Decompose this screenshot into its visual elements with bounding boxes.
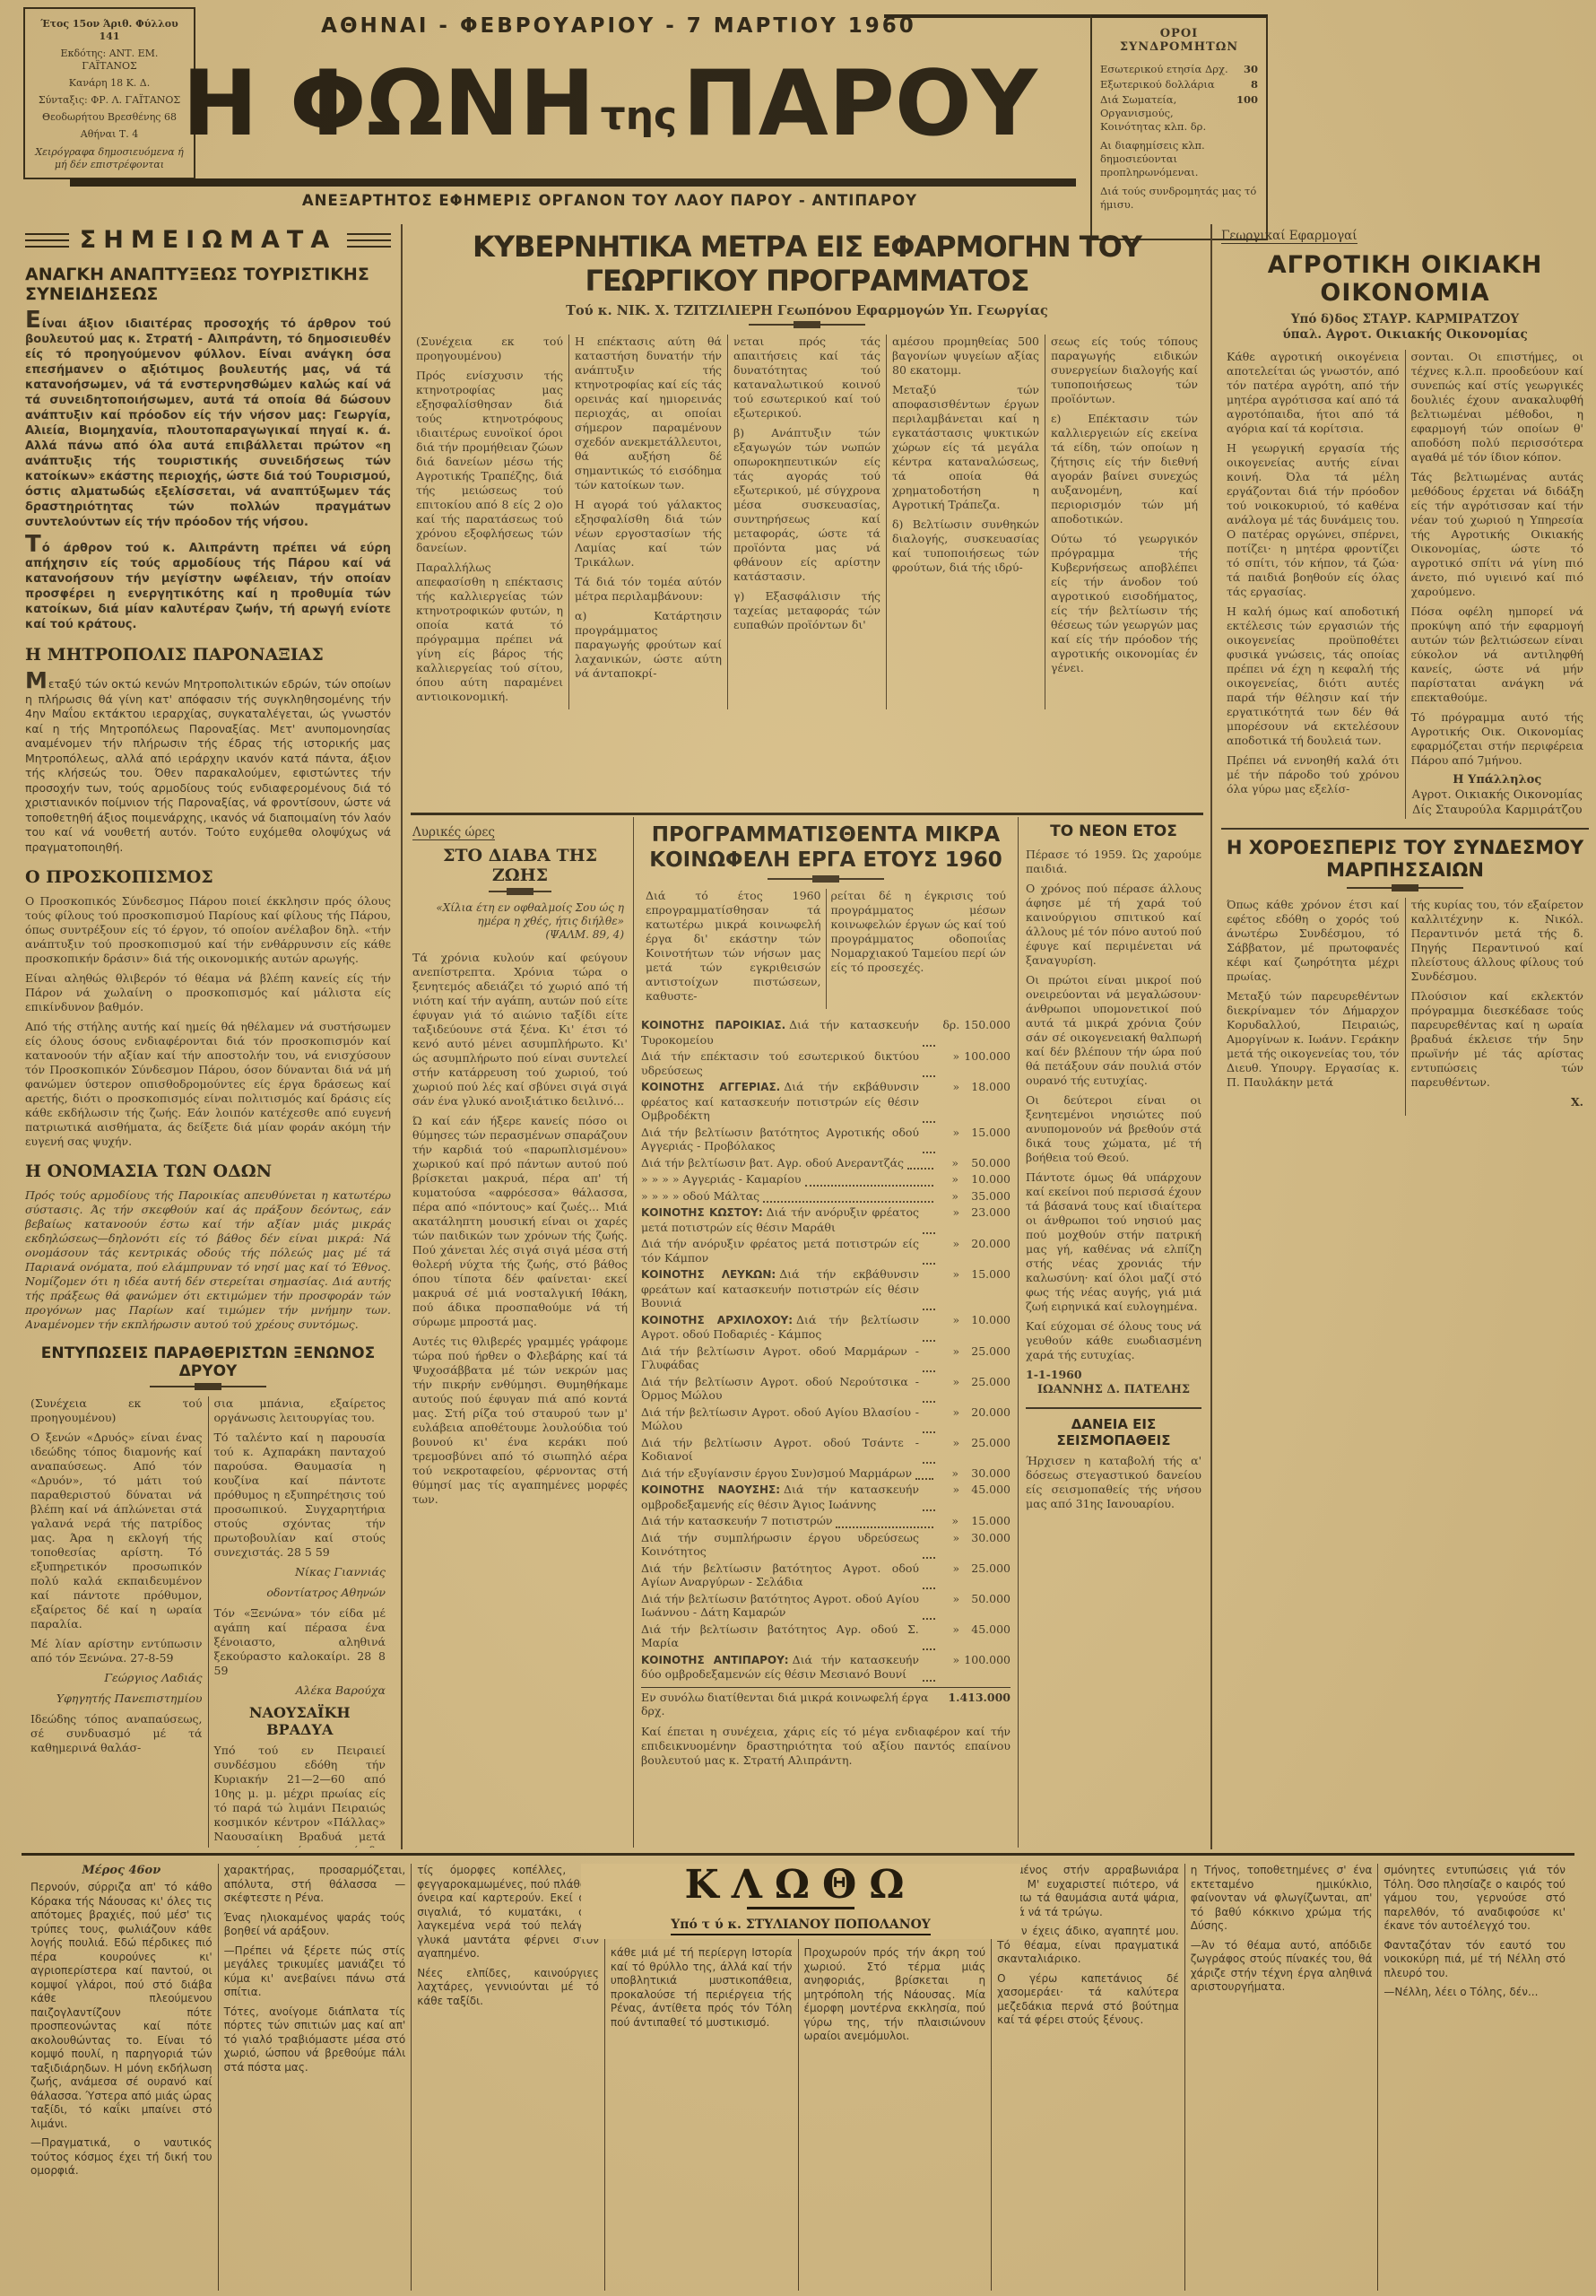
klotho-title: ΚΛΩΘΩ — [581, 1864, 1020, 1907]
paragraph: Τά διά τόν τομέα αύτόν μέτρα περιλαμβάνο… — [575, 575, 722, 604]
dot-leader — [923, 1222, 935, 1234]
works-item: Διά τήν συμπλήρωσιν έργου υδρεύσεως Κοιν… — [641, 1531, 1011, 1559]
paragraph: Ιδεώδης τόπος αναπαύσεως, σέ συνδυασμό μ… — [30, 1712, 203, 1755]
paragraph: Τόν «Ξενώνα» τόν είδα μέ αγάπη καί πέρασ… — [214, 1606, 386, 1678]
works-item: Διά τήν βελτίωσιν βατ. Αγρ. οδού Ανεραντ… — [641, 1156, 1011, 1170]
article-col-3: νεται πρός τάς απαιτήσεις καί τάς δυνατό… — [727, 335, 886, 709]
paragraph: Μέ λίαν αρίστην εντύπωσιν από τόν Ξενώνα… — [30, 1637, 203, 1665]
works-amount: 50.000 — [958, 1156, 1011, 1170]
works-amount: 50.000 — [959, 1592, 1011, 1620]
signature-role: Υφηγητής Πανεπιστημίου — [30, 1692, 203, 1705]
title-part-mid: της — [601, 93, 678, 139]
rural-home-economics-title: ΑΓΡΟΤΙΚΗ ΟΙΚΙΑΚΗ ΟΙΚΟΝΟΜΙΑ — [1221, 251, 1589, 307]
paragraph: Υπό τού εν Πειραιεί συνδέσμου εδόθη τήν … — [214, 1744, 386, 1848]
currency-mark: » — [939, 1267, 960, 1310]
paragraph: σμόνητες εντυπώσεις γιά τόν Τόλη. Όσο πλ… — [1383, 1864, 1566, 1934]
paragraph: Τό άρθρον τού κ. Αλιπράντη πρέπει νά εύρ… — [25, 535, 391, 632]
dot-leader — [923, 1608, 935, 1620]
serial-col-8: σμόνητες εντυπώσεις γιά τόν Τόλη. Όσο πλ… — [1377, 1864, 1571, 2291]
terms-row: Εσωτερικού ετησία Δρχ. 30 — [1100, 63, 1258, 76]
works-amount: 25.000 — [959, 1561, 1011, 1589]
works-item: Διά τήν βελτίωσιν Αγροτ. οδού Μαρμάρων -… — [641, 1344, 1011, 1372]
subscription-terms-box: ΟΡΟΙ ΣΥΝΔΡΟΜΗΤΩΝ Εσωτερικού ετησία Δρχ. … — [1090, 14, 1268, 240]
dot-leader — [923, 1500, 935, 1511]
paragraph: Ώ καί εάν ήξερε κανείς πόσο οι θύμησες τ… — [412, 1114, 628, 1329]
works-item: ΚΟΙΝΟΤΗΣ ΛΕΥΚΩΝ:Διά τήν εκβάθυνσιν φρεάτ… — [641, 1267, 1011, 1310]
title-part-b: ΠΑΡΟΥ — [682, 50, 1037, 156]
paragraph: α) Κατάρτησιν προγράμματος παραγωγής φρο… — [575, 609, 722, 681]
works-description: Διά τήν βελτίωσιν βατ. Αγρ. οδού Ανεραντ… — [641, 1156, 904, 1170]
community-name: ΚΟΙΝΟΤΗΣ ΚΩΣΤΟΥ: — [641, 1206, 763, 1219]
works-item: Διά τήν επέκτασιν τού εσωτερικού δικτύου… — [641, 1049, 1011, 1077]
currency-mark: » — [939, 1531, 960, 1559]
currency-mark: » — [939, 1313, 960, 1342]
epigraph-source: (ΨΑΛΜ. 89, 4) — [416, 928, 624, 942]
terms-note1: Αι διαφημίσεις κλπ. δημοσιεύονται προπλη… — [1100, 139, 1258, 179]
paragraph: σια μπάνια, εξαίρετος οργάνωσις λειτουργ… — [214, 1396, 386, 1425]
paragraph: Ο Προσκοπικός Σύνδεσμος Πάρου ποιεί έκκλ… — [25, 894, 391, 966]
triple-rule-icon — [347, 233, 391, 248]
works-description: Διά τήν ανόρυξιν φρέατος μετά ποτιστρών … — [641, 1237, 919, 1265]
works-description: Διά τήν βελτίωσιν Αγροτ. οδού Αγίου Βλασ… — [641, 1405, 919, 1433]
paragraph: η Τήνος, τοποθετημένες σ' ένα εκτεταμένο… — [1191, 1864, 1373, 1934]
agro-signature-1: Η Υπάλληλος — [1411, 773, 1584, 787]
article-new-year: ΤΟ ΝΕΟΝ ΕΤΟΣ Πέρασε τό 1959. Ώς χαρούμε … — [1019, 817, 1203, 1848]
article-metropolis: Η ΜΗΤΡΟΠΟΛΙΣ ΠΑΡΟΝΑΞΙΑΣ Μεταξύ τών οκτώ … — [25, 645, 391, 855]
works-item: Διά τήν βελτίωσιν βατότητος Αγροτ. οδού … — [641, 1561, 1011, 1589]
article-rural-home-economics: ΑΓΡΟΤΙΚΗ ΟΙΚΙΑΚΗ ΟΙΚΟΝΟΜΙΑ Υπό δ)δος ΣΤΑ… — [1221, 251, 1589, 819]
works-description: Διά τήν βελτίωσιν Αγροτ. οδού Νερούτσικα… — [641, 1375, 919, 1403]
community-name: ΚΟΙΝΟΤΗΣ ΠΑΡΟΙΚΙΑΣ. — [641, 1019, 785, 1031]
agro-col1: Κάθε αγροτική οικογένεια αποτελείται ώς … — [1221, 350, 1405, 819]
works-item: Διά τήν βελτίωσιν Αγροτ. οδού Αγίου Βλασ… — [641, 1405, 1011, 1433]
bottom-section-rule — [22, 1853, 1574, 1856]
serial-col-2: χαρακτήρας, προσαρμόζεται, απόλυτα, στή … — [218, 1864, 412, 2291]
newspaper-title: Η ΦΩΝΗτηςΠΑΡΟΥ — [134, 47, 1085, 160]
works-item: ΚΟΙΝΟΤΗΣ ΑΝΤΙΠΑΡΟΥ:Διά τήν κατασκευήν δύ… — [641, 1653, 1011, 1682]
works-item: ΚΟΙΝΟΤΗΣ ΑΡΧΙΛΟΧΟΥ:Διά τήν βελτίωσιν Αγρ… — [641, 1313, 1011, 1342]
works-outro: Καί έπεται η συνέχεια, χάρις είς τό μέγα… — [641, 1725, 1011, 1768]
dot-leader — [923, 1639, 935, 1650]
paragraph: Πέρασε τό 1959. Ώς χαρούμε παιδιά. — [1026, 848, 1201, 876]
community-name: ΚΟΙΝΟΤΗΣ ΑΓΓΕΡΙΑΣ. — [641, 1081, 780, 1093]
paragraph: Τό πρόγραμμα αυτό τής Αγροτικής Οικ. Οικ… — [1411, 710, 1584, 768]
paragraph: Τότες, ανοίγομε διάπλατα τίς πόρτες τών … — [224, 2005, 406, 2075]
paragraph: αμέσου προμηθείας 500 βαγονίων ψυγείων α… — [892, 335, 1039, 378]
dot-leader — [923, 1299, 935, 1310]
currency-mark: » — [939, 1405, 960, 1433]
headline-rule — [749, 324, 865, 326]
title-part-a: Η ΦΩΝΗ — [182, 50, 594, 156]
paragraph: σονται. Οι επιστήμες, οι τέχνες κ.λ.π. π… — [1411, 350, 1584, 465]
terms-label: Εσωτερικού ετησία Δρχ. — [1100, 63, 1235, 76]
works-amount: 10.000 — [959, 1313, 1011, 1342]
paragraph: Οι δεύτεροι είναι οι ξενητεμένοι νησιώτε… — [1026, 1093, 1201, 1165]
triple-rule-icon — [25, 233, 69, 248]
community-name: ΚΟΙΝΟΤΗΣ ΝΑΟΥΣΗΣ: — [641, 1483, 780, 1496]
paragraph: γυρμένος στήν αρραβωνιάρα του. Μ' ευχαρι… — [997, 1864, 1179, 1919]
terms-row: Διά Σωματεία, Οργανισμούς, Κοινότητας κλ… — [1100, 93, 1258, 134]
works-description: Διά τήν βελτίωσιν βατότητος Αγροτικής οδ… — [641, 1126, 919, 1153]
paragraph: Νέες ελπίδες, καινούργιες λαχτάρες, γενν… — [417, 1967, 599, 2009]
works-amount: 23.000 — [959, 1205, 1011, 1234]
paragraph: —Νέλλη, λέει ο Τόλης, δέν... — [1383, 1986, 1566, 2000]
paragraph: Πόσα οφέλη ημπορεί νά προκύψη από τήν εφ… — [1411, 604, 1584, 705]
paragraph: Ήρχισεν η καταβολή τής α' δόσεως στεγαστ… — [1026, 1454, 1201, 1511]
works-amount: 10.000 — [958, 1172, 1011, 1187]
currency-mark: » — [937, 1466, 958, 1481]
column-rule-right — [1210, 224, 1212, 1849]
paragraph: Πάντοτε όμως θά υπάρχουν καί εκείνοι πού… — [1026, 1170, 1201, 1314]
works-amount: 30.000 — [958, 1466, 1011, 1481]
works-amount: 35.000 — [958, 1189, 1011, 1204]
paragraph: Πρός ενίσχυσιν τής κτηνοτροφίας μας εξησ… — [416, 369, 563, 555]
article-tourism-title: ΑΝΑΓΚΗ ΑΝΑΠΤΥΞΕΩΣ ΤΟΥΡΙΣΤΙΚΗΣ ΣΥΝΕΙΔΗΣΕΩ… — [25, 265, 391, 304]
dot-leader — [923, 1422, 935, 1433]
signature: Νίκας Γιαννιάς — [214, 1565, 386, 1578]
currency-mark: » — [937, 1156, 958, 1170]
agricultural-kicker: Γεωργικαί Εφαρμογαί — [1221, 229, 1357, 244]
works-description: Διά τήν βελτίωσιν βατότητος Αγρ. οδού Σ.… — [641, 1622, 919, 1650]
article-government-measures: ΚΥΒΕΡΝΗΤΙΚΑ ΜΕΤΡΑ ΕΙΣ ΕΦΑΡΜΟΓΗΝ ΤΟΥ ΓΕΩΡ… — [411, 226, 1203, 815]
paragraph: Περνούν, σύρριζα απ' τό κάθο Κόρακα τής … — [30, 1881, 213, 2131]
works-item: ΚΟΙΝΟΤΗΣ ΝΑΟΥΣΗΣ:Διά τήν κατασκευήν ομβρ… — [641, 1483, 1011, 1511]
currency-mark: » — [939, 1375, 960, 1403]
works-item: Διά τήν βελτίωσιν βατότητος Αγροτικής οδ… — [641, 1126, 1011, 1153]
paragraph: Ο χρόνος πού πέρασε άλλους άφησε μέ τή χ… — [1026, 882, 1201, 968]
paragraph: Μεταξύ τών παρευρεθέντων διεκρίναμεν τόν… — [1227, 989, 1400, 1090]
works-amount: 45.000 — [959, 1622, 1011, 1650]
currency-mark: » — [939, 1561, 960, 1589]
works-amount: 20.000 — [959, 1405, 1011, 1433]
article-sto-diava: Λυρικές ώρες ΣΤΟ ΔΙΑΒΑ ΤΗΣ ΖΩΗΣ «Χίλια έ… — [411, 817, 633, 1848]
paragraph: Ένας ηλιοκαμένος ψαράς τούς βοηθεί νά αρ… — [224, 1911, 406, 1939]
works-description: Διά τήν βελτίωσιν Αγροτ. οδού Μαρμάρων -… — [641, 1344, 919, 1372]
dot-leader — [923, 1578, 935, 1589]
works-description: Διά τήν βελτίωσιν Αγροτ. οδού Τσάντε - Κ… — [641, 1436, 919, 1464]
serial-col-7: η Τήνος, τοποθετημένες σ' ένα εκτεταμένο… — [1184, 1864, 1378, 2291]
terms-value: 100 — [1235, 93, 1258, 134]
paragraph: Όπως κάθε χρόνον έτσι καί εφέτος εδόθη ο… — [1227, 898, 1400, 984]
terms-top-bar — [884, 14, 1092, 18]
headline-rule — [768, 878, 884, 880]
paragraph: (Συνέχεια εκ τού προηγουμένου) — [416, 335, 563, 363]
paragraph: ε) Επέκτασιν τών καλλιεργειών είς εκείνα… — [1051, 412, 1198, 526]
currency-mark: » — [939, 1126, 960, 1153]
works-item: » » » » Αγγεριάς - Καμαρίου » 10.000 — [641, 1172, 1011, 1187]
impressions-col1: (Συνέχεια εκ τού προηγουμένου)Ο ξενών «Δ… — [25, 1396, 208, 1848]
new-year-date: 1-1-1960 — [1026, 1368, 1201, 1381]
terms-label: Εξωτερικού δολλάρια — [1100, 78, 1235, 91]
works-intro-1: Διά τό έτος 1960 επρογραμματίσθησαν τά κ… — [646, 889, 821, 1004]
agro-signature-3: Δίς Σταυρούλα Καρμιράτζου — [1411, 804, 1584, 817]
paragraph: Η καλή όμως καί αποδοτική εκτέλεσις τών … — [1227, 604, 1400, 748]
dot-leader — [805, 1175, 933, 1187]
terms-value: 8 — [1235, 78, 1258, 91]
paragraph: Η γεωργική εργασία τής οικογενείας αυτής… — [1227, 441, 1400, 599]
dot-leader — [923, 1253, 935, 1265]
impressions-col2: σια μπάνια, εξαίρετος οργάνωσις λειτουργ… — [209, 1396, 392, 1848]
serial-klotho-section: ΚΛΩΘΩ Υπό τ ύ κ. ΣΤΥΛΙΑΝΟΥ ΠΟΠΟΛΑΝΟΥ Μέρ… — [25, 1864, 1571, 2291]
new-year-title: ΤΟ ΝΕΟΝ ΕΤΟΣ — [1026, 822, 1201, 840]
works-item: Διά τήν κατασκευήν 7 ποτιστρών » 15.000 — [641, 1514, 1011, 1528]
works-item: ΚΟΙΝΟΤΗΣ ΚΩΣΤΟΥ:Διά τήν ανόρυξιν φρέατος… — [641, 1205, 1011, 1234]
klotho-byline: Υπό τ ύ κ. ΣΤΥΛΙΑΝΟΥ ΠΟΠΟΛΑΝΟΥ — [671, 1918, 931, 1935]
currency-mark: » — [939, 1483, 960, 1511]
works-amount: 150.000 — [959, 1018, 1011, 1047]
currency-mark: » — [939, 1622, 960, 1650]
paragraph: Τάς βελτιωμένας αυτάς μεθόδους έρχεται ν… — [1411, 470, 1584, 599]
paragraph: Προχωρούν πρός τήν άκρη τού χωριού. Στό … — [804, 1946, 986, 2044]
ball-col1: Όπως κάθε χρόνον έτσι καί εφέτος εδόθη ο… — [1221, 898, 1405, 1116]
article-scouting: Ο ΠΡΟΣΚΟΠΙΣΜΟΣ Ο Προσκοπικός Σύνδεσμος Π… — [25, 867, 391, 1149]
center-column: ΚΥΒΕΡΝΗΤΙΚΑ ΜΕΤΡΑ ΕΙΣ ΕΦΑΡΜΟΓΗΝ ΤΟΥ ΓΕΩΡ… — [411, 226, 1203, 1848]
paragraph: Είναι άξιον ιδιαιτέρας προσοχής τό άρθρο… — [25, 311, 391, 530]
currency-mark: » — [939, 1436, 960, 1464]
dot-leader — [923, 1142, 935, 1153]
simeiomata-title: ΣΗΜΕΙΩΜΑΤΑ — [80, 226, 336, 254]
ball-signature: Χ. — [1411, 1095, 1584, 1109]
works-item: Διά τήν βελτίωσιν Αγροτ. οδού Νερούτσικα… — [641, 1375, 1011, 1403]
paragraph: Η αγορά τού γάλακτος εξησφαλίσθη διά τών… — [575, 498, 722, 570]
article-marpissa-ball: Η ΧΟΡΟΕΣΠΕΡΙΣ ΤΟΥ ΣΥΝΔΕΣΜΟΥ ΜΑΡΠΗΣΣΑΙΩΝ … — [1221, 828, 1589, 1116]
paragraph: τής κυρίας του, τόν εξαίρετον καλλιτέχνη… — [1411, 898, 1584, 984]
community-name: ΚΟΙΝΟΤΗΣ ΛΕΥΚΩΝ: — [641, 1268, 776, 1281]
government-measures-byline: Τού κ. ΝΙΚ. Χ. ΤΖΙΤΖΙΛΙΕΡΗ Γεωπόνου Εφαρ… — [411, 303, 1203, 318]
currency-mark: » — [939, 1080, 960, 1123]
community-name: ΚΟΙΝΟΤΗΣ ΑΝΤΙΠΑΡΟΥ: — [641, 1654, 789, 1666]
issue-number: Έτος 15ον Άριθ. Φύλλου 141 — [32, 18, 186, 43]
works-amount: 30.000 — [959, 1531, 1011, 1559]
paragraph: —Πραγματικά, ο ναυτικός τούτος κόσμος έχ… — [30, 2136, 213, 2179]
works-amount: 25.000 — [959, 1344, 1011, 1372]
currency-mark: » — [937, 1514, 958, 1528]
works-description: Διά τήν κατασκευήν 7 ποτιστρών — [641, 1514, 832, 1527]
dot-leader — [763, 1191, 933, 1203]
article-col-2: Η επέκτασις αύτη θά καταστήση δυνατήν τή… — [568, 335, 727, 709]
article-tourism: ΑΝΑΓΚΗ ΑΝΑΠΤΥΞΕΩΣ ΤΟΥΡΙΣΤΙΚΗΣ ΣΥΝΕΙΔΗΣΕΩ… — [25, 265, 391, 632]
ball-col2: τής κυρίας του, τόν εξαίρετον καλλιτέχνη… — [1406, 898, 1590, 1116]
works-description: » » » » οδού Μάλτας — [641, 1189, 759, 1203]
works-description: Διά τήν εξυγίανσιν έργου Συν)σμού Μαρμάρ… — [641, 1466, 912, 1480]
government-measures-title: ΚΥΒΕΡΝΗΤΙΚΑ ΜΕΤΡΑ ΕΙΣ ΕΦΑΡΜΟΓΗΝ ΤΟΥ ΓΕΩΡ… — [411, 230, 1203, 298]
new-year-signature: ΙΩΑΝΝΗΣ Δ. ΠΑΤΕΛΗΣ — [1026, 1383, 1201, 1396]
terms-value: 30 — [1235, 63, 1258, 76]
paragraph: β) Ανάπτυξιν τών εξαγωγών τών νωπών οπωρ… — [733, 426, 880, 584]
article-metropolis-title: Η ΜΗΤΡΟΠΟΛΙΣ ΠΑΡΟΝΑΞΙΑΣ — [25, 645, 391, 665]
dot-leader — [915, 1468, 933, 1480]
paragraph: γ) Εξασφάλισιν τής ταχείας μεταφοράς τών… — [733, 589, 880, 632]
works-item: ΚΟΙΝΟΤΗΣ ΠΑΡΟΙΚΙΑΣ.Διά τήν κατασκευήν Τυ… — [641, 1018, 1011, 1047]
paragraph: Είναι αληθώς θλιβερόν τό θέαμα νά βλέπη … — [25, 971, 391, 1014]
title-underline-bar — [70, 178, 1076, 187]
paragraph: Πλούσιον καί εκλεκτόν πρόγραμμα διεσκέδα… — [1411, 989, 1584, 1090]
byline-role: ύπαλ. Αγροτ. Οικιακής Οικονομίας — [1221, 327, 1589, 343]
works-description: Διά τήν επέκτασιν τού εσωτερικού δικτύου… — [641, 1049, 919, 1077]
simeiomata-column: ΣΗΜΕΙΩΜΑΤΑ ΑΝΑΓΚΗ ΑΝΑΠΤΥΞΕΩΣ ΤΟΥΡΙΣΤΙΚΗΣ… — [25, 226, 391, 1848]
column-rule-left — [401, 224, 403, 1849]
works-item: Διά τήν εξυγίανσιν έργου Συν)σμού Μαρμάρ… — [641, 1466, 1011, 1481]
paragraph: τίς όμορφες κοπέλλες, τίς φεγγαροκαμωμέν… — [417, 1864, 599, 1961]
works-total-row: Εν συνόλω διατίθενται διά μικρά κοινωφελ… — [641, 1687, 1011, 1718]
paragraph: κάθε μιά μέ τή περίεργη Ιστορία καί τό θ… — [611, 1946, 793, 2030]
community-name: ΚΟΙΝΟΤΗΣ ΑΡΧΙΛΟΧΟΥ: — [641, 1314, 793, 1326]
signature: Γεώργιος Λαδιάς — [30, 1671, 203, 1684]
currency-mark: » — [939, 1205, 960, 1234]
dot-leader — [923, 1670, 935, 1682]
article-guesthouse-impressions: ΕΝΤΥΠΩΣΕΙΣ ΠΑΡΑΘΕΡΙΣΤΩΝ ΞΕΝΩΝΟΣ ΔΡΥΟΥ (Σ… — [25, 1344, 391, 1848]
sto-diava-title: ΣΤΟ ΔΙΑΒΑ ΤΗΣ ΖΩΗΣ — [412, 846, 628, 885]
public-works-title: ΠΡΟΓΡΑΜΜΑΤΙΣΘΕΝΤΑ ΜΙΚΡΑ ΚΟΙΝΩΦΕΛΗ ΕΡΓΑ Ε… — [641, 822, 1011, 873]
paragraph: —Πρέπει νά ξέρετε πώς στίς μεγάλες τρικυ… — [224, 1944, 406, 2000]
works-item: ΚΟΙΝΟΤΗΣ ΑΓΓΕΡΙΑΣ.Διά τήν εκβάθυνσιν φρέ… — [641, 1080, 1011, 1123]
currency-mark: » — [939, 1344, 960, 1372]
paragraph: Τό ταλέντο καί η παρουσία τού κ. Αχπαράκ… — [214, 1431, 386, 1560]
dot-leader — [836, 1517, 933, 1528]
paragraph: Μεταξύ τών αποφασισθέντων έργων περιλαμβ… — [892, 383, 1039, 512]
paragraph: νεται πρός τάς απαιτήσεις καί τάς δυνατό… — [733, 335, 880, 421]
paragraph: Ο ξενών «Δρυός» είναι ένας ιδεώδης τόπος… — [30, 1431, 203, 1631]
works-amount: 100.000 — [959, 1653, 1011, 1682]
works-description: Διά τήν βελτίωσιν βατότητος Αγροτ. οδού … — [641, 1561, 919, 1589]
paragraph: —Άν τό θέαμα αυτό, απόδιδε ζωγράφος στού… — [1191, 1939, 1373, 1995]
works-amount: 45.000 — [959, 1483, 1011, 1511]
currency-mark: » — [937, 1189, 958, 1204]
works-amount: 18.000 — [959, 1080, 1011, 1123]
currency-mark: » — [939, 1049, 960, 1077]
works-item: Διά τήν βελτίωσιν βατότητος Αγροτ. οδού … — [641, 1592, 1011, 1620]
paragraph: Παραλλήλως απεφασίσθη η επέκτασις τής κα… — [416, 561, 563, 704]
serial-col-3: τίς όμορφες κοπέλλες, τίς φεγγαροκαμωμέν… — [411, 1864, 604, 2291]
article-street-names-title: Η ΟΝΟΜΑΣΙΑ ΤΩΝ ΟΔΩΝ — [25, 1161, 391, 1181]
dot-leader — [923, 1065, 935, 1077]
simeiomata-header: ΣΗΜΕΙΩΜΑΤΑ — [25, 226, 391, 254]
works-amount: 25.000 — [959, 1375, 1011, 1403]
article-scouting-title: Ο ΠΡΟΣΚΟΠΙΣΜΟΣ — [25, 867, 391, 887]
paragraph: χαρακτήρας, προσαρμόζεται, απόλυτα, στή … — [224, 1864, 406, 1906]
headline-rule — [150, 1386, 266, 1387]
paragraph: Αυτές τις θλιβερές γραμμές γράφομε τώρα … — [412, 1335, 628, 1507]
dot-leader — [923, 1391, 935, 1403]
paragraph: Ο γέρω καπετάνιος δέ χασομεράει· τά καλύ… — [997, 1972, 1179, 2028]
paragraph: Πρέπει νά εννοηθή καλά ότι μέ τήν πάροδο… — [1227, 753, 1400, 796]
works-list: ΚΟΙΝΟΤΗΣ ΠΑΡΟΙΚΙΑΣ.Διά τήν κατασκευήν Τυ… — [641, 1018, 1011, 1682]
terms-note2: Διά τούς συνδρομητάς μας τό ήμισυ. — [1100, 185, 1258, 212]
currency-mark: » — [939, 1237, 960, 1265]
serial-part-number: Μέρος 46ον — [30, 1864, 213, 1877]
agro-signature-2: Αγροτ. Οικιακής Οικονομίας — [1411, 788, 1584, 802]
dot-leader — [923, 1330, 935, 1342]
works-item: Διά τήν βελτίωσιν βατότητος Αγρ. οδού Σ.… — [641, 1622, 1011, 1650]
works-item: Διά τήν βελτίωσιν Αγροτ. οδού Τσάντε - Κ… — [641, 1436, 1011, 1464]
newspaper-page: Έτος 15ον Άριθ. Φύλλου 141 Εκδότης: ΑΝΤ.… — [0, 0, 1596, 2296]
paragraph: Από τής στήλης αυτής καί ημείς θά ηθέλαμ… — [25, 1020, 391, 1149]
paragraph: Καί εύχομαι σέ όλους τους νά γευθούν κάθ… — [1026, 1319, 1201, 1362]
works-amount: 15.000 — [958, 1514, 1011, 1528]
right-column: Γεωργικαί Εφαρμογαί ΑΓΡΟΤΙΚΗ ΟΙΚΙΑΚΗ ΟΙΚ… — [1221, 226, 1589, 1848]
currency-mark: » — [939, 1653, 960, 1682]
paragraph: Φανταζόταν τόν εαυτό του νοικοκύρη πιά, … — [1383, 1939, 1566, 1981]
rural-home-economics-byline: Υπό δ)δος ΣΤΑΥΡ. ΚΑΡΜΙΡΑΤΖΟΥ ύπαλ. Αγροτ… — [1221, 312, 1589, 343]
works-intro-2: ρείται δέ η έγκρισις τού προγράμματος μέ… — [831, 889, 1007, 975]
currency-mark: » — [939, 1592, 960, 1620]
works-amount: 15.000 — [959, 1126, 1011, 1153]
dot-leader — [923, 1111, 935, 1123]
newspaper-subtitle: ΑΝΕΞΑΡΤΗΤΟΣ ΕΦΗΜΕΡΙΣ ΟΡΓΑΝΟΝ ΤΟΥ ΛΑΟΥ ΠΑ… — [134, 192, 1085, 209]
works-amount: 15.000 — [959, 1267, 1011, 1310]
dot-leader — [923, 1452, 935, 1464]
terms-rows: Εσωτερικού ετησία Δρχ. 30 Εξωτερικού δολ… — [1100, 63, 1258, 134]
paragraph: (Συνέχεια εκ τού προηγουμένου) — [30, 1396, 203, 1425]
terms-label: Διά Σωματεία, Οργανισμούς, Κοινότητας κλ… — [1100, 93, 1235, 134]
terms-title: ΟΡΟΙ ΣΥΝΔΡΟΜΗΤΩΝ — [1100, 27, 1258, 54]
dot-leader — [923, 1547, 935, 1559]
paragraph: Ούτω τό γεωργικόν πρόγραμμα τής Κυβερνήσ… — [1051, 532, 1198, 675]
currency-mark: » — [937, 1172, 958, 1187]
works-amount: 25.000 — [959, 1436, 1011, 1464]
article-earthquake-loans: ΔΑΝΕΙΑ ΕΙΣ ΣΕΙΣΜΟΠΑΘΕΙΣ Ήρχισεν η καταβο… — [1026, 1407, 1201, 1511]
marpissa-ball-title: Η ΧΟΡΟΕΣΠΕΡΙΣ ΤΟΥ ΣΥΝΔΕΣΜΟΥ ΜΑΡΠΗΣΣΑΙΩΝ — [1221, 837, 1589, 882]
article-col-1: (Συνέχεια εκ τού προηγουμένου)Πρός ενίσχ… — [411, 335, 568, 709]
currency-mark: δρ. — [939, 1018, 960, 1047]
paragraph: Πρός τούς αρμοδίους τής Παροικίας απευθύ… — [25, 1188, 391, 1332]
earthquake-loans-title: ΔΑΝΕΙΑ ΕΙΣ ΣΕΙΣΜΟΠΑΘΕΙΣ — [1026, 1416, 1201, 1448]
byline-author: Υπό δ)δος ΣΤΑΥΡ. ΚΑΡΜΙΡΑΤΖΟΥ — [1221, 312, 1589, 327]
dot-leader — [923, 1361, 935, 1372]
article-col-4: αμέσου προμηθείας 500 βαγονίων ψυγείων α… — [886, 335, 1045, 709]
paragraph: Η επέκτασις αύτη θά καταστήση δυνατήν τή… — [575, 335, 722, 492]
paragraph: Οι πρώτοι είναι μικροί πού ονειρεύονται … — [1026, 973, 1201, 1088]
psalm-epigraph: «Χίλια έτη εν οφθαλμοίς Σου ώς η ημέρα η… — [416, 901, 624, 942]
paragraph: —Δέν έχεις άδικο, αγαπητέ μου. Τό θέαμα,… — [997, 1925, 1179, 1967]
works-total-label: Εν συνόλω διατίθενται διά μικρά κοινωφελ… — [641, 1691, 948, 1718]
headline-rule — [489, 891, 551, 892]
signature: Αλέκα Βαρούχα — [214, 1683, 386, 1697]
dot-leader — [907, 1158, 933, 1170]
naousa-evening-title: ΝΑΟΥΣΑΪΚΗ ΒΡΑΔΥΑ — [214, 1704, 386, 1738]
agro-col2: σονται. Οι επιστήμες, οι τέχνες κ.λ.π. π… — [1406, 350, 1590, 819]
paragraph: Μεταξύ τών οκτώ κενών Μητροπολιτικών εδρ… — [25, 672, 391, 855]
article-col-5: σεως είς τούς τόπους παραγωγής ειδικών σ… — [1045, 335, 1203, 709]
guesthouse-impressions-title: ΕΝΤΥΠΩΣΕΙΣ ΠΑΡΑΘΕΡΙΣΤΩΝ ΞΕΝΩΝΟΣ ΔΡΥΟΥ — [25, 1344, 391, 1380]
article-street-names: Η ΟΝΟΜΑΣΙΑ ΤΩΝ ΟΔΩΝ Πρός τούς αρμοδίους … — [25, 1161, 391, 1332]
article-public-works: ΠΡΟΓΡΑΜΜΑΤΙΣΘΕΝΤΑ ΜΙΚΡΑ ΚΟΙΝΩΦΕΛΗ ΕΡΓΑ Ε… — [633, 817, 1019, 1848]
headline-rule — [1347, 887, 1463, 889]
works-total-amount: 1.413.000 — [948, 1691, 1011, 1718]
works-item: » » » » οδού Μάλτας » 35.000 — [641, 1189, 1011, 1204]
works-amount: 100.000 — [959, 1049, 1011, 1077]
serial-col-1: Μέρος 46ον Περνούν, σύρριζα απ' τό κάθο … — [25, 1864, 218, 2291]
paragraph: δ) Βελτίωσιν συνθηκών διαλογής, συσκευασ… — [892, 517, 1039, 575]
works-description: » » » » Αγγεριάς - Καμαρίου — [641, 1172, 802, 1186]
works-amount: 20.000 — [959, 1237, 1011, 1265]
signature-role: οδοντίατρος Αθηνών — [214, 1586, 386, 1599]
works-item: Διά τήν ανόρυξιν φρέατος μετά ποτιστρών … — [641, 1237, 1011, 1265]
paragraph: Κάθε αγροτική οικογένεια αποτελείται ώς … — [1227, 350, 1400, 436]
paragraph: σεως είς τούς τόπους παραγωγής ειδικών σ… — [1051, 335, 1198, 406]
lyric-hours-kicker: Λυρικές ώρες — [412, 825, 495, 840]
works-description: Διά τήν συμπλήρωσιν έργου υδρεύσεως Κοιν… — [641, 1531, 919, 1559]
epigraph-text: «Χίλια έτη εν οφθαλμοίς Σου ώς η ημέρα η… — [416, 901, 624, 928]
dot-leader — [923, 1035, 935, 1047]
klotho-title-block: ΚΛΩΘΩ Υπό τ ύ κ. ΣΤΥΛΙΑΝΟΥ ΠΟΠΟΛΑΝΟΥ — [581, 1864, 1020, 1939]
paragraph: Τά χρόνια κυλούν καί φεύγουν ανεπίστρεπτ… — [412, 951, 628, 1109]
terms-row: Εξωτερικού δολλάρια 8 — [1100, 78, 1258, 91]
works-description: Διά τήν βελτίωσιν βατότητος Αγροτ. οδού … — [641, 1592, 919, 1620]
